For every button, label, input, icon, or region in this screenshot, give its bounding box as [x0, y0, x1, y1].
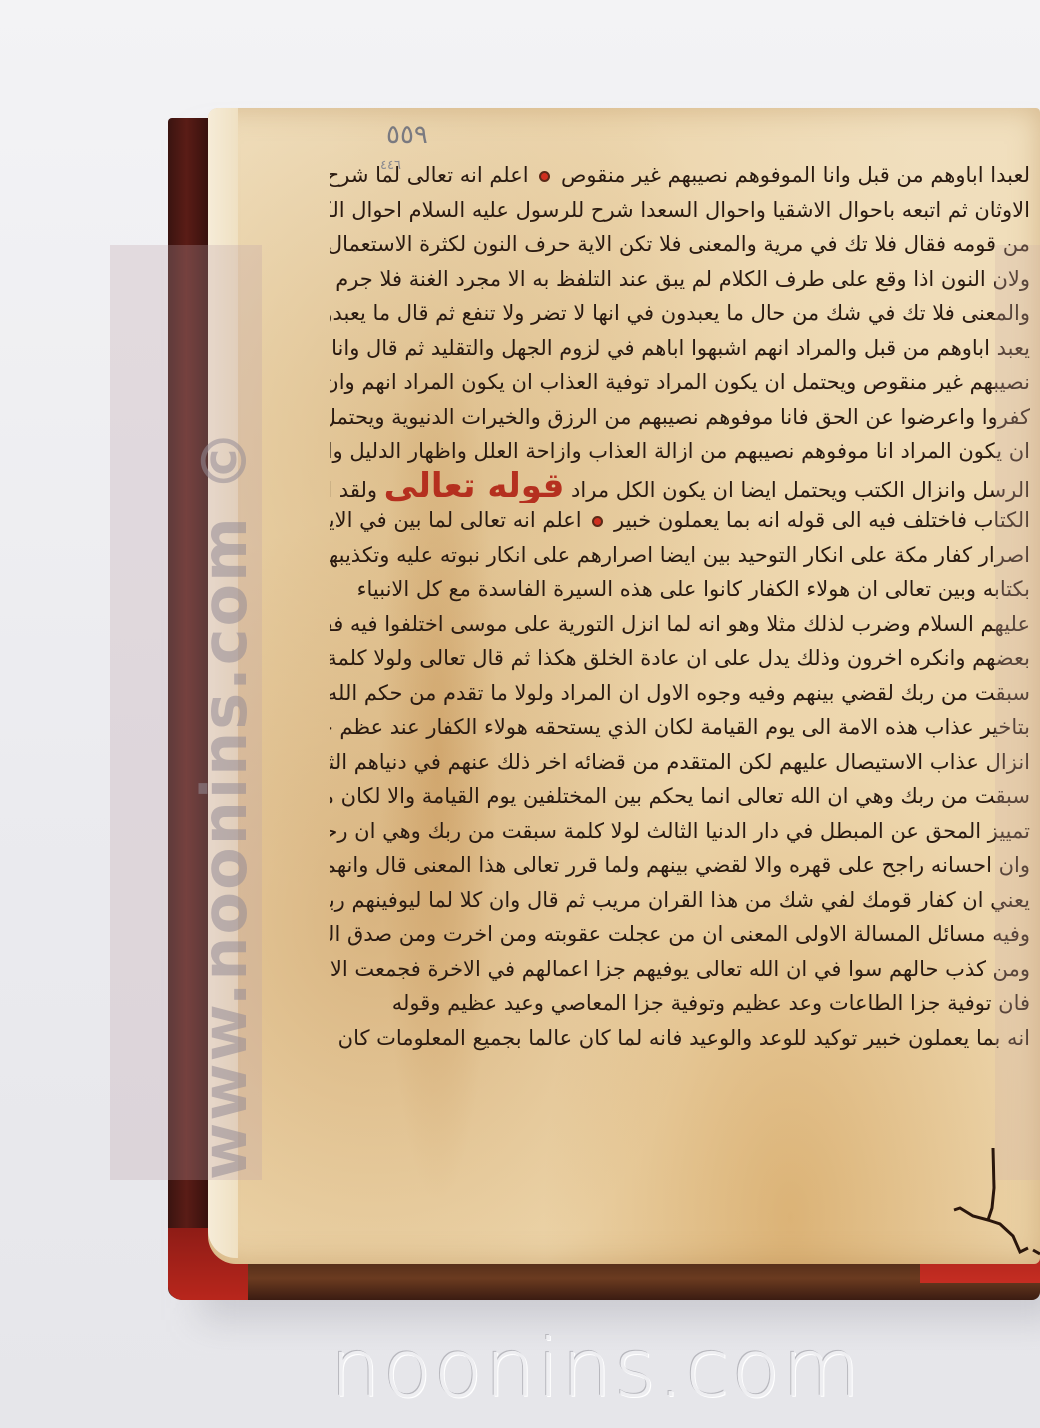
manuscript-line: يعني ان كفار قومك لفي شك من هذا القران م… [330, 883, 1030, 918]
manuscript-line: ان يكون المراد انا موفوهم نصيبهم من ازال… [330, 434, 1030, 469]
manuscript-page: ٥٥٩ ٤٤٦ لعبدا اباوهم من قبل وانا الموفوه… [208, 108, 1040, 1264]
manuscript-line: فان توفية جزا الطاعات وعد عظيم وتوفية جز… [330, 986, 1030, 1021]
manuscript-line: كفروا واعرضوا عن الحق فانا موفوهم نصيبهم… [330, 400, 1030, 435]
manuscript-line: تمييز المحق عن المبطل في دار الدنيا الثا… [330, 814, 1030, 849]
rubric-heading: قوله تعالى [384, 469, 565, 504]
manuscript-line: سبقت من ربك لقضي بينهم وفيه وجوه الاول ا… [330, 676, 1030, 711]
manuscript-line: من قومه فقال فلا تك في مرية والمعنى فلا … [330, 227, 1030, 262]
watermark-vertical-text: www.noonins.com © [188, 240, 261, 1180]
manuscript-line: انه بما يعملون خبير توكيد للوعد والوعيد … [330, 1021, 1030, 1056]
manuscript-line: سبقت من ربك وهي ان الله تعالى انما يحكم … [330, 779, 1030, 814]
manuscript-line: بكتابه وبين تعالى ان هولاء الكفار كانوا … [330, 572, 1030, 607]
manuscript-line: ولان النون اذا وقع على طرف الكلام لم يبق… [330, 262, 1030, 297]
manuscript-line: نصيبهم غير منقوص ويحتمل ان يكون المراد ت… [330, 365, 1030, 400]
manuscript-line: لعبدا اباوهم من قبل وانا الموفوهم نصيبهم… [330, 158, 1030, 193]
manuscript-line: بعضهم وانكره اخرون وذلك يدل على ان عادة … [330, 641, 1030, 676]
manuscript-line: وان احسانه راجح على قهره والا لقضي بينهم… [330, 848, 1030, 883]
watermark-band-right [995, 245, 1040, 1180]
manuscript-line: بتاخير عذاب هذه الامة الى يوم القيامة لك… [330, 710, 1030, 745]
manuscript-line: الرسل وانزال الكتب ويحتمل ايضا ان يكون ا… [330, 469, 1030, 504]
manuscript-line: الاوثان ثم اتبعه باحوال الاشقيا واحوال ا… [330, 193, 1030, 228]
red-section-marker-icon [592, 516, 603, 527]
watermark-bottom-text: noonins.com [330, 1322, 1030, 1415]
manuscript-line: الكتاب فاختلف فيه الى قوله انه بما يعملو… [330, 503, 1030, 538]
manuscript-line: والمعنى فلا تك في شك من حال ما يعبدون في… [330, 296, 1030, 331]
manuscript-text: لعبدا اباوهم من قبل وانا الموفوهم نصيبهم… [330, 158, 1030, 1055]
manuscript-book: ٥٥٩ ٤٤٦ لعبدا اباوهم من قبل وانا الموفوه… [168, 108, 1040, 1298]
folio-number: ٥٥٩ [386, 120, 428, 150]
manuscript-line: عليهم السلام وضرب لذلك مثلا وهو انه لما … [330, 607, 1030, 642]
manuscript-line: انزال عذاب الاستيصال عليهم لكن المتقدم م… [330, 745, 1030, 780]
manuscript-line: ومن كذب حالهم سوا في ان الله تعالى يوفيه… [330, 952, 1030, 987]
manuscript-line: يعبد اباوهم من قبل والمراد انهم اشبهوا ا… [330, 331, 1030, 366]
manuscript-line: اصرار كفار مكة على انكار التوحيد بين ايض… [330, 538, 1030, 573]
red-section-marker-icon [539, 171, 550, 182]
manuscript-line: وفيه مسائل المسالة الاولى المعنى ان من ع… [330, 917, 1030, 952]
